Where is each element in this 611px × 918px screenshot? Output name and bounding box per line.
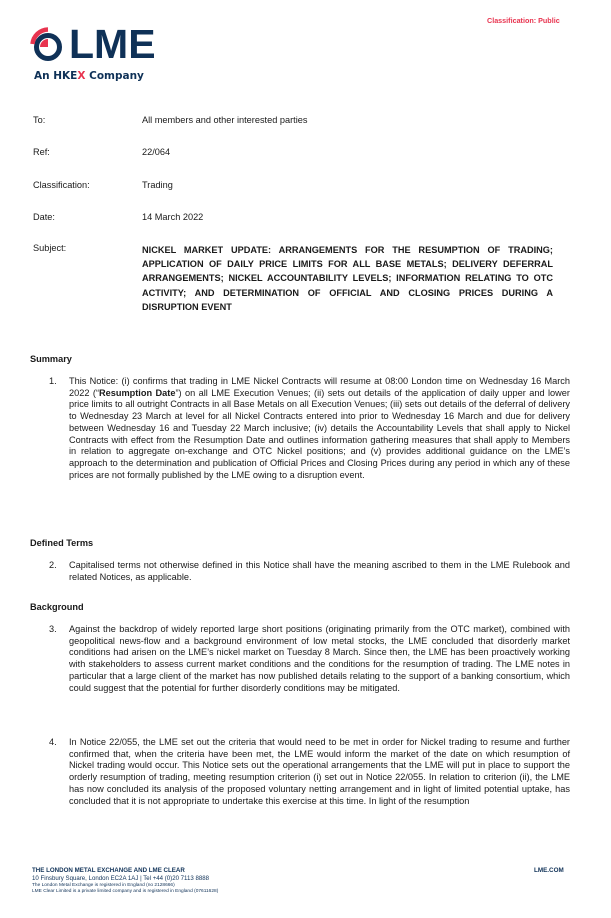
meta-to-value: All members and other interested parties [142, 115, 307, 125]
meta-date-label: Date: [33, 212, 55, 222]
footer-address: 10 Finsbury Square, London EC2A 1AJ | Te… [32, 875, 352, 883]
meta-ref-label: Ref: [33, 147, 50, 157]
classification-label: Classification: Public [487, 16, 560, 25]
heading-background: Background [30, 602, 84, 612]
defined-term-resumption-date: Resumption Date [99, 388, 175, 398]
paragraph-1: 1. This Notice: (i) confirms that tradin… [49, 376, 579, 481]
paragraph-text: Against the backdrop of widely reported … [69, 624, 570, 694]
paragraph-text: In Notice 22/055, the LME set out the cr… [69, 737, 570, 807]
logo-letters: LME [69, 22, 156, 66]
tagline-suffix: Company [85, 70, 143, 82]
footer-title: THE LONDON METAL EXCHANGE AND LME CLEAR [32, 867, 352, 875]
footer-website-link[interactable]: LME.COM [534, 867, 564, 874]
paragraph-4: 4. In Notice 22/055, the LME set out the… [49, 737, 579, 807]
paragraph-number: 1. [49, 376, 69, 388]
heading-summary: Summary [30, 354, 72, 364]
meta-classification-value: Trading [142, 180, 173, 190]
footer-registration-lme-clear: LME Clear Limited is a private limited c… [32, 889, 352, 895]
heading-defined-terms: Defined Terms [30, 538, 93, 548]
paragraph-text: Capitalised terms not otherwise defined … [69, 560, 570, 583]
meta-to-label: To: [33, 115, 45, 125]
meta-classification-label: Classification: [33, 180, 90, 190]
paragraph-number: 4. [49, 737, 69, 749]
meta-subject-label: Subject: [33, 243, 66, 253]
paragraph-number: 3. [49, 624, 69, 636]
paragraph-3: 3. Against the backdrop of widely report… [49, 624, 579, 694]
footer-company-info: THE LONDON METAL EXCHANGE AND LME CLEAR … [32, 867, 352, 895]
paragraph-text-part: ”) on all LME Execution Venues; (ii) set… [69, 388, 570, 480]
meta-subject-value: NICKEL MARKET UPDATE: ARRANGEMENTS FOR T… [142, 243, 553, 314]
meta-ref-value: 22/064 [142, 147, 170, 157]
logo-tagline: An HKEX Company [34, 70, 144, 82]
meta-date-value: 14 March 2022 [142, 212, 203, 222]
paragraph-number: 2. [49, 560, 69, 572]
paragraph-2: 2. Capitalised terms not otherwise defin… [49, 560, 579, 583]
tagline-prefix: An HKE [34, 70, 77, 82]
lme-arc-circle-icon [29, 26, 65, 62]
lme-logo: LME An HKEX Company [29, 24, 169, 88]
paragraph-text: This Notice: (i) confirms that trading i… [69, 376, 570, 481]
